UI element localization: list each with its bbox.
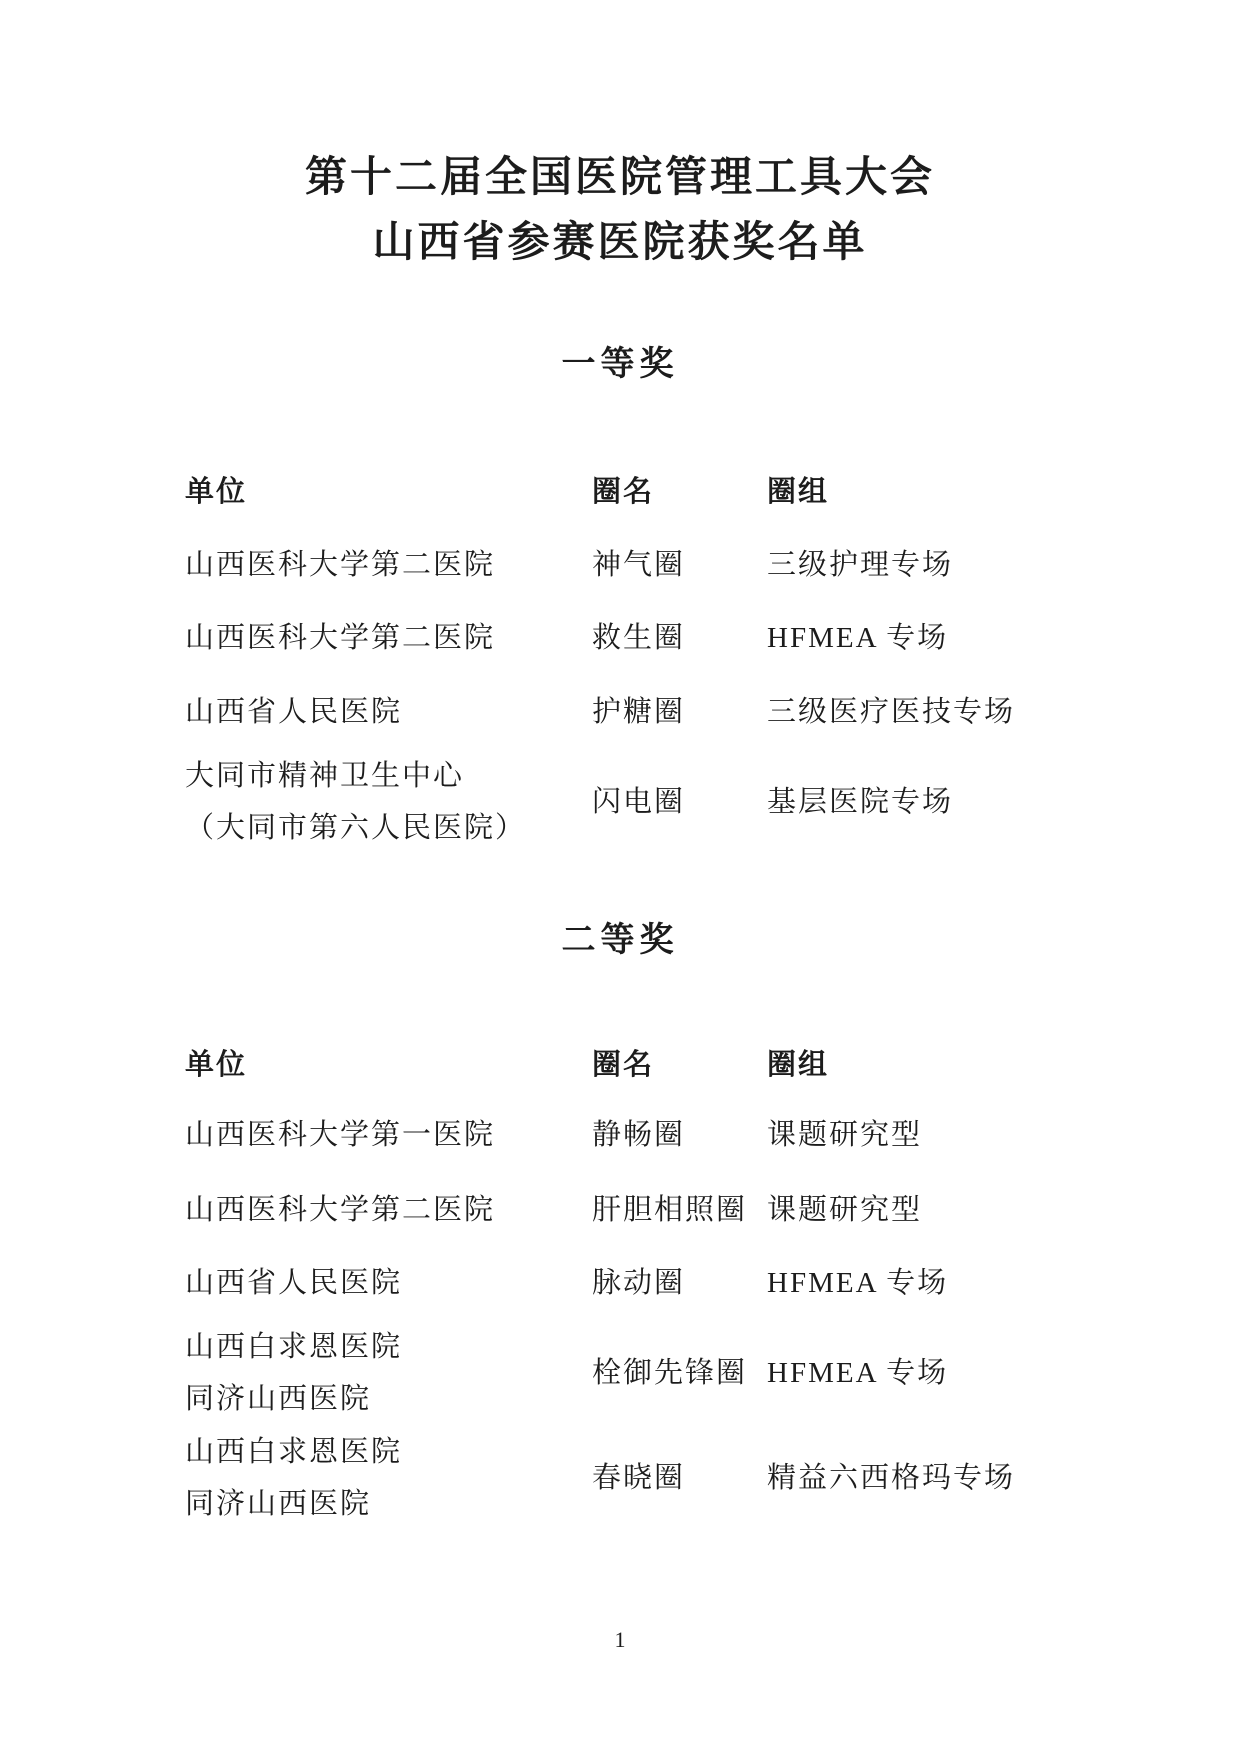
circle-name-cell: 护糖圈 [592,695,767,730]
column-header-circle-group: 圈组 [767,475,1190,510]
unit-cell: 山西医科大学第一医院 [185,1109,592,1161]
table-row: 山西白求恩医院 同济山西医院 春晓圈 精益六西格玛专场 [185,1425,1190,1531]
circle-group-cell: 课题研究型 [767,1193,1190,1228]
unit-line: 山西医科大学第二医院 [185,1184,592,1236]
document-title-line2: 山西省参赛医院获奖名单 [0,213,1240,273]
column-header-unit: 单位 [185,475,592,510]
unit-line: 山西白求恩医院 [185,1321,592,1373]
table-row: 山西省人民医院 护糖圈 三级医疗医技专场 [185,687,1190,737]
table-row: 山西白求恩医院 同济山西医院 栓御先锋圈 HFMEA 专场 [185,1320,1190,1426]
document-page: 第十二届全国医院管理工具大会 山西省参赛医院获奖名单 一等奖 单位 圈名 圈组 … [0,0,1240,1754]
section-heading: 二等奖 [0,916,1240,966]
table-row: 山西医科大学第二医院 救生圈 HFMEA 专场 [185,613,1190,663]
unit-line: 山西省人民医院 [185,1257,592,1309]
circle-group-cell: 三级护理专场 [767,548,1190,583]
circle-name-cell: 救生圈 [592,621,767,656]
section-heading: 一等奖 [0,340,1240,390]
unit-line: 大同市精神卫生中心 [185,750,592,802]
column-header-circle-group: 圈组 [767,1048,1190,1083]
table-row: 大同市精神卫生中心 （大同市第六人民医院） 闪电圈 基层医院专场 [185,749,1190,855]
circle-name-cell: 神气圈 [592,548,767,583]
unit-cell: 山西医科大学第二医院 [185,539,592,591]
circle-group-cell: HFMEA 专场 [767,1266,1190,1301]
unit-line: 山西医科大学第一医院 [185,1109,592,1161]
unit-line: 山西医科大学第二医院 [185,539,592,591]
table-row: 山西医科大学第二医院 肝胆相照圈 课题研究型 [185,1185,1190,1235]
unit-cell: 山西医科大学第二医院 [185,1184,592,1236]
circle-group-cell: 精益六西格玛专场 [767,1461,1190,1496]
circle-group-cell: 课题研究型 [767,1118,1190,1153]
unit-line: 山西医科大学第二医院 [185,612,592,664]
unit-cell: 山西省人民医院 [185,1257,592,1309]
unit-line: 山西省人民医院 [185,686,592,738]
unit-cell: 山西白求恩医院 同济山西医院 [185,1426,592,1530]
table-header-row: 单位 圈名 圈组 [185,467,1190,517]
unit-line: （大同市第六人民医院） [185,802,592,854]
table-row: 山西省人民医院 脉动圈 HFMEA 专场 [185,1258,1190,1308]
unit-line: 同济山西医院 [185,1373,592,1425]
unit-line: 山西白求恩医院 [185,1426,592,1478]
unit-cell: 山西白求恩医院 同济山西医院 [185,1321,592,1425]
circle-name-cell: 春晓圈 [592,1461,767,1496]
table-row: 山西医科大学第一医院 静畅圈 课题研究型 [185,1110,1190,1160]
column-header-circle-name: 圈名 [592,1048,767,1083]
circle-group-cell: 三级医疗医技专场 [767,695,1190,730]
circle-group-cell: HFMEA 专场 [767,1356,1190,1391]
unit-cell: 山西省人民医院 [185,686,592,738]
unit-cell: 大同市精神卫生中心 （大同市第六人民医院） [185,750,592,854]
circle-group-cell: 基层医院专场 [767,785,1190,820]
circle-name-cell: 静畅圈 [592,1118,767,1153]
circle-name-cell: 肝胆相照圈 [592,1193,767,1228]
table-row: 山西医科大学第二医院 神气圈 三级护理专场 [185,540,1190,590]
circle-name-cell: 脉动圈 [592,1266,767,1301]
column-header-unit: 单位 [185,1048,592,1083]
circle-group-cell: HFMEA 专场 [767,621,1190,656]
table-header-row: 单位 圈名 圈组 [185,1040,1190,1090]
column-header-circle-name: 圈名 [592,475,767,510]
circle-name-cell: 栓御先锋圈 [592,1356,767,1391]
document-title-line1: 第十二届全国医院管理工具大会 [0,148,1240,208]
unit-line: 同济山西医院 [185,1478,592,1530]
circle-name-cell: 闪电圈 [592,785,767,820]
unit-cell: 山西医科大学第二医院 [185,612,592,664]
page-number: 1 [0,1625,1240,1655]
